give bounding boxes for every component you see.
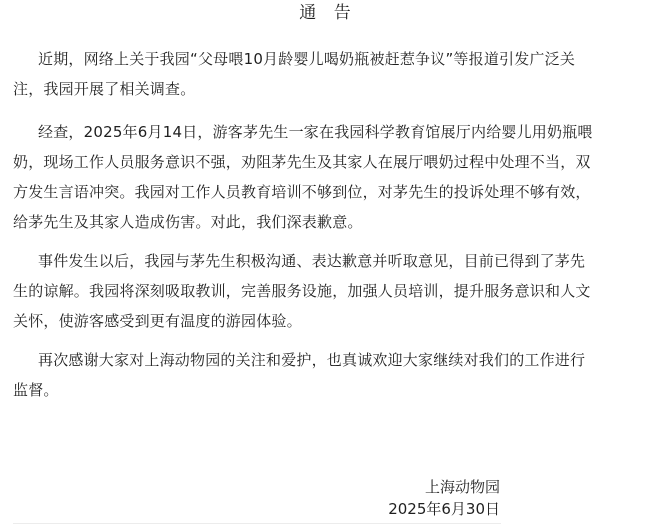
paragraph-line: 事件发生以后，我园与茅先生积极沟通、表达歉意并听取意见，目前已得到了茅先 xyxy=(13,246,501,276)
signature-date: 2025年6月30日 xyxy=(388,497,500,521)
paragraph-line: 给茅先生及其家人造成伤害。对此，我们深表歉意。 xyxy=(13,207,503,237)
paragraph-line: 关怀，使游客感受到更有温度的游园体验。 xyxy=(13,306,501,336)
paragraph-line: 监督。 xyxy=(13,375,501,405)
paragraph-followup: 事件发生以后，我园与茅先生积极沟通、表达歉意并听取意见，目前已得到了茅先 生的谅… xyxy=(13,246,501,336)
paragraph-line: 经查，2025年6月14日，游客茅先生一家在我园科学教育馆展厅内给婴儿用奶瓶喂 xyxy=(13,117,503,147)
bottom-divider xyxy=(13,523,501,524)
notice-document: 通 告 近期，网络上关于我园“父母喂10月龄婴儿喝奶瓶被赶惹争议”等报道引发广泛… xyxy=(0,0,650,525)
paragraph-investigation: 经查，2025年6月14日，游客茅先生一家在我园科学教育馆展厅内给婴儿用奶瓶喂 … xyxy=(13,117,503,237)
paragraph-thanks: 再次感谢大家对上海动物园的关注和爱护，也真诚欢迎大家继续对我们的工作进行 监督。 xyxy=(13,345,501,405)
paragraph-line: 近期，网络上关于我园“父母喂10月龄婴儿喝奶瓶被赶惹争议”等报道引发广泛关 xyxy=(13,44,501,74)
paragraph-intro: 近期，网络上关于我园“父母喂10月龄婴儿喝奶瓶被赶惹争议”等报道引发广泛关 注，… xyxy=(13,44,501,104)
paragraph-line: 注，我园开展了相关调查。 xyxy=(13,74,501,104)
notice-title: 通 告 xyxy=(0,2,650,24)
paragraph-line: 生的谅解。我园将深刻吸取教训，完善服务设施，加强人员培训，提升服务意识和人文 xyxy=(13,276,501,306)
paragraph-line: 奶，现场工作人员服务意识不强，劝阻茅先生及其家人在展厅喂奶过程中处理不当，双 xyxy=(13,147,503,177)
paragraph-line: 再次感谢大家对上海动物园的关注和爱护，也真诚欢迎大家继续对我们的工作进行 xyxy=(13,345,501,375)
paragraph-line: 方发生言语冲突。我园对工作人员教育培训不够到位，对茅先生的投诉处理不够有效， xyxy=(13,177,503,207)
signature-organization: 上海动物园 xyxy=(425,475,500,499)
